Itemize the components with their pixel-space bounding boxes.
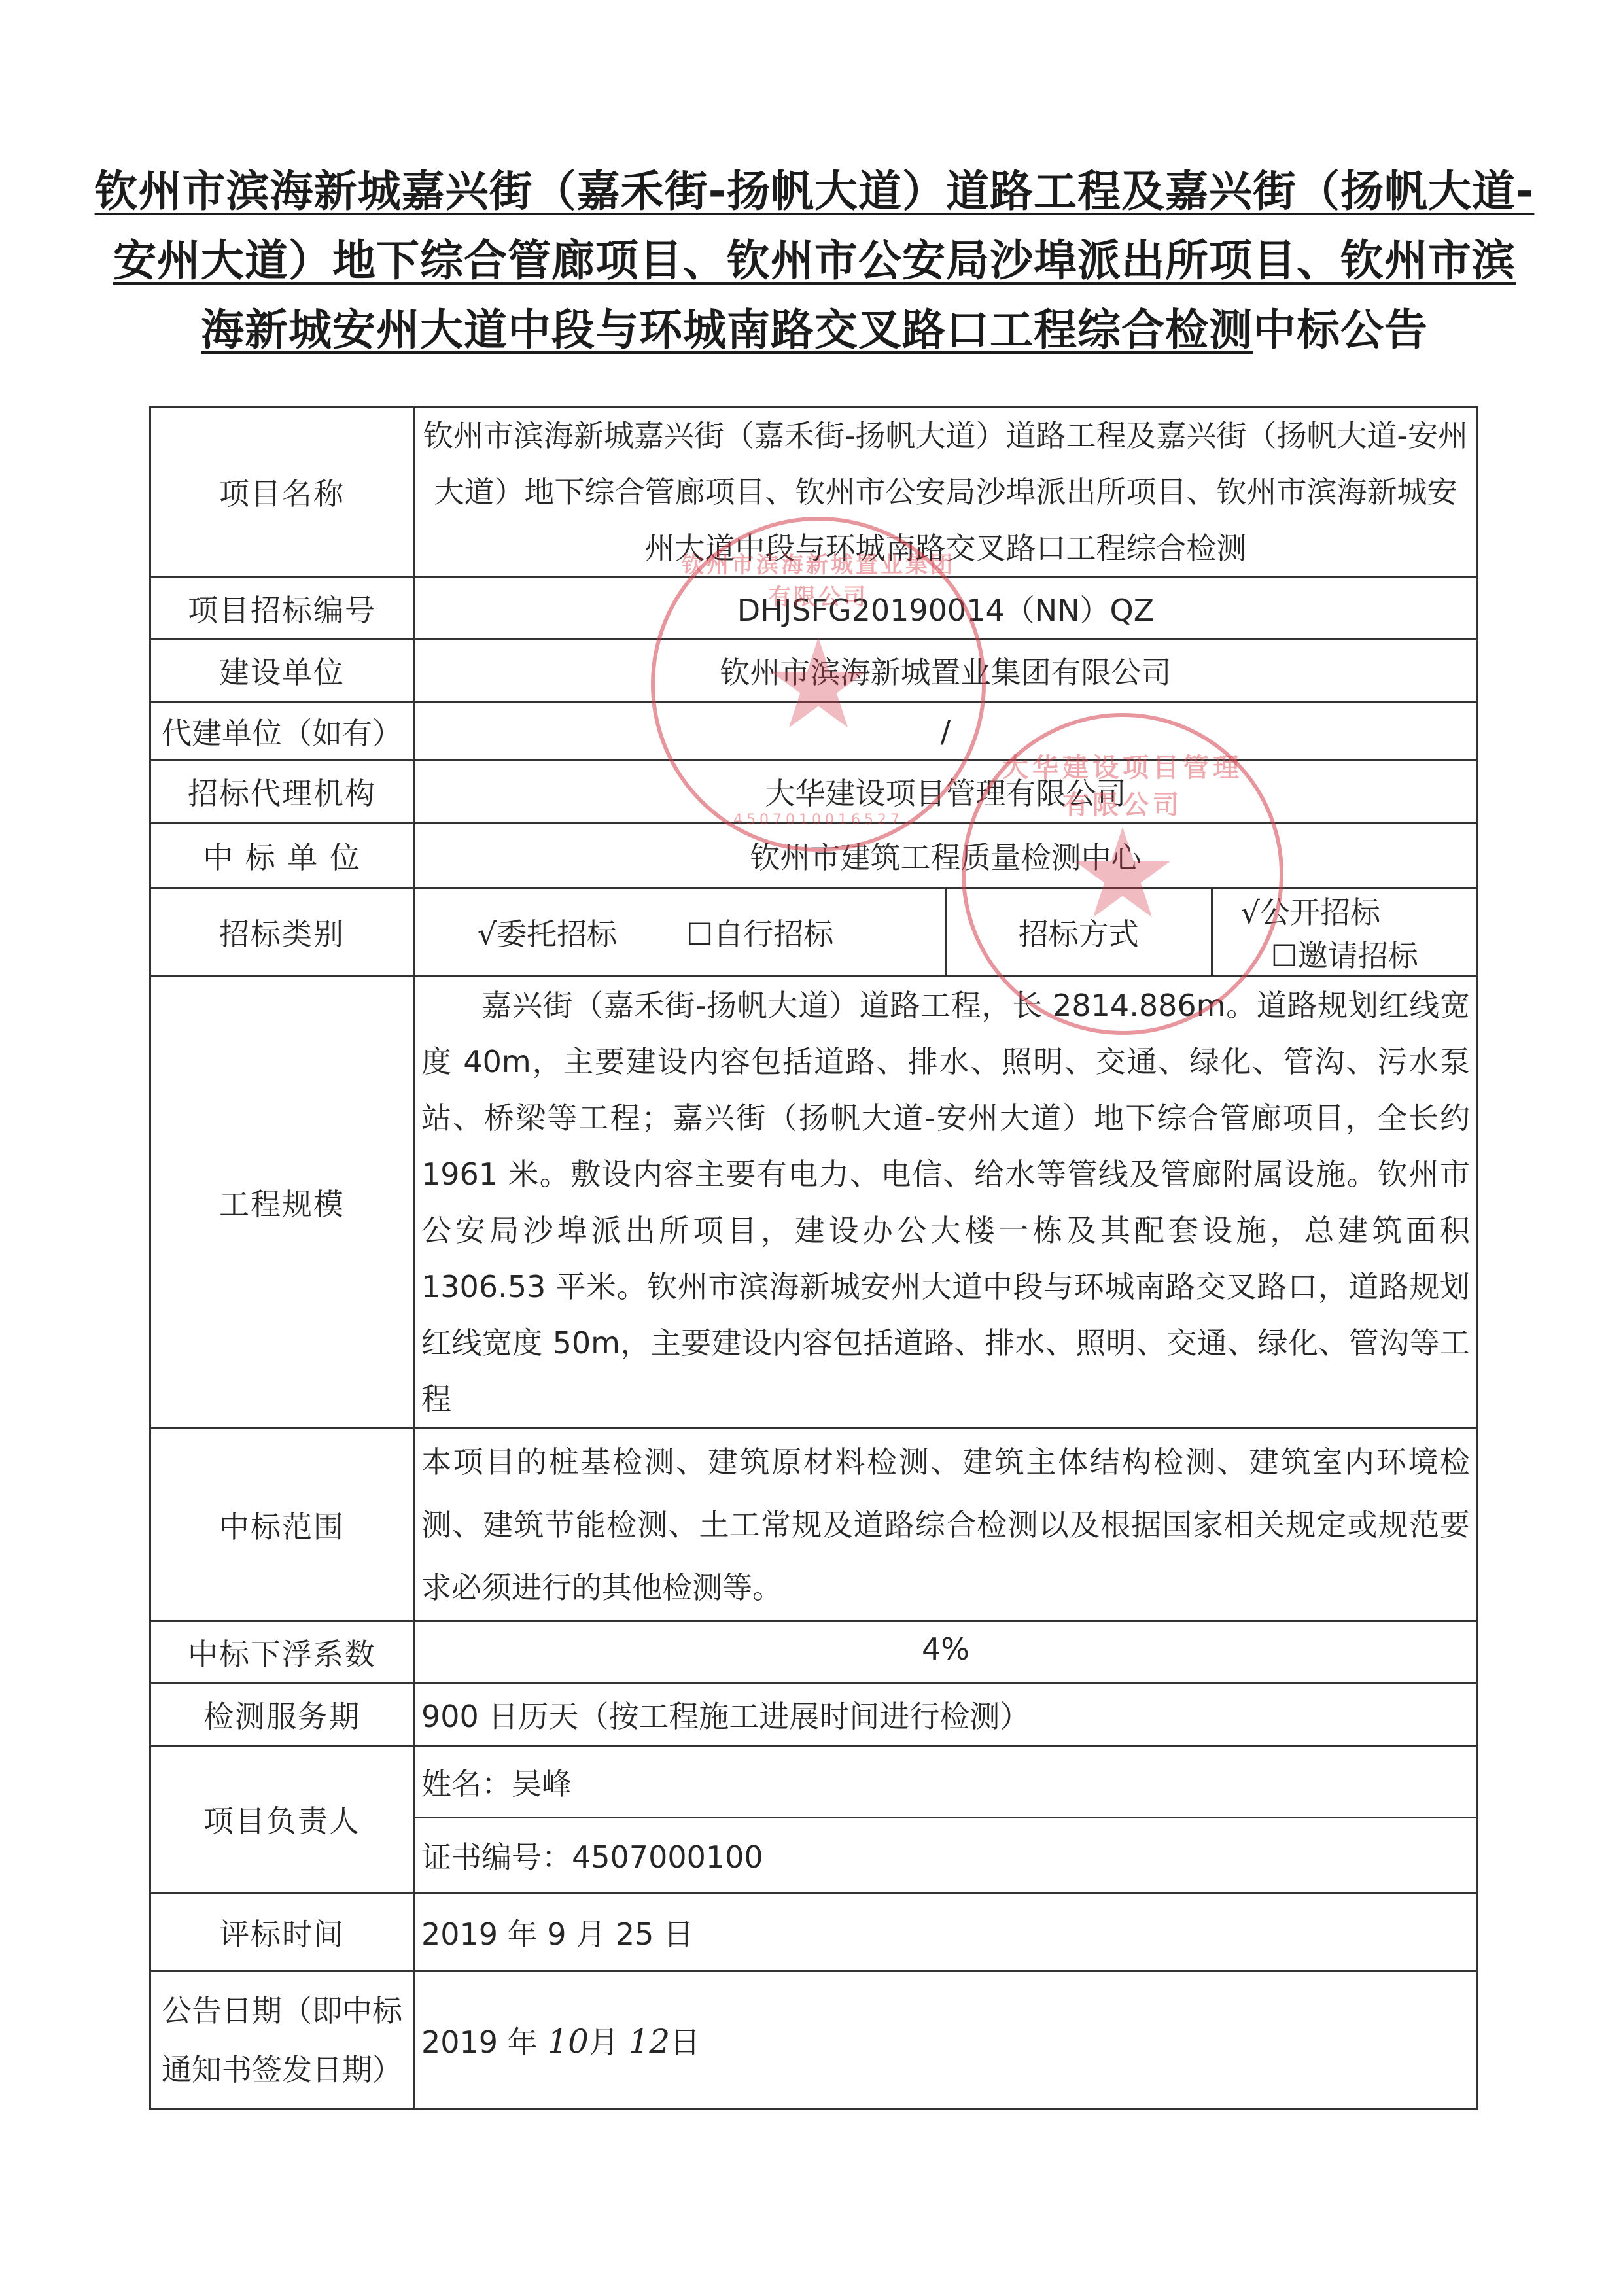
label-tender-method: 招标方式	[946, 888, 1212, 977]
value-agent-builder: /	[414, 702, 1478, 761]
tender-method-options: √公开招标 ☐邀请招标	[1212, 888, 1478, 977]
row-project-name: 项目名称 钦州市滨海新城嘉兴街（嘉禾街-扬帆大道）道路工程及嘉兴街（扬帆大道-安…	[150, 407, 1478, 578]
checkbox-invite: ☐邀请招标	[1271, 938, 1418, 973]
row-tender-agency: 招标代理机构 大华建设项目管理有限公司	[150, 761, 1478, 823]
value-notice-date: 2019 年 10月 12日	[414, 1972, 1478, 2109]
row-eval-date: 评标时间 2019 年 9 月 25 日	[150, 1893, 1478, 1972]
bid-result-table: 项目名称 钦州市滨海新城嘉兴街（嘉禾街-扬帆大道）道路工程及嘉兴街（扬帆大道-安…	[149, 406, 1478, 2110]
row-service-period: 检测服务期 900 日历天（按工程施工进展时间进行检测）	[150, 1684, 1478, 1746]
label-winner: 中 标 单 位	[150, 823, 414, 888]
value-project-name: 钦州市滨海新城嘉兴街（嘉禾街-扬帆大道）道路工程及嘉兴街（扬帆大道-安州大道）地…	[414, 407, 1478, 578]
row-discount: 中标下浮系数 4%	[150, 1622, 1478, 1684]
label-notice-date-line1: 公告日期（即中标	[158, 1981, 406, 2040]
label-scope: 中标范围	[150, 1429, 414, 1622]
notice-day-unit: 日	[670, 2025, 700, 2060]
label-notice-date: 公告日期（即中标 通知书签发日期）	[150, 1972, 414, 2109]
label-manager: 项目负责人	[150, 1746, 414, 1893]
value-discount: 4%	[414, 1622, 1478, 1684]
label-service-period: 检测服务期	[150, 1684, 414, 1746]
label-builder: 建设单位	[150, 640, 414, 702]
row-builder: 建设单位 钦州市滨海新城置业集团有限公司	[150, 640, 1478, 702]
document-title: 钦州市滨海新城嘉兴街（嘉禾街-扬帆大道）道路工程及嘉兴街（扬帆大道-安州大道）地…	[92, 157, 1537, 365]
label-project-name: 项目名称	[150, 407, 414, 578]
value-tender-agency: 大华建设项目管理有限公司	[414, 761, 1478, 823]
value-scale: 嘉兴街（嘉禾街-扬帆大道）道路工程，长 2814.886m。道路规划红线宽度 4…	[414, 977, 1478, 1429]
checkbox-open: √公开招标	[1241, 895, 1380, 930]
row-scale: 工程规模 嘉兴街（嘉禾街-扬帆大道）道路工程，长 2814.886m。道路规划红…	[150, 977, 1478, 1429]
row-tender-no: 项目招标编号 DHJSFG20190014（NN）QZ	[150, 578, 1478, 640]
title-suffix: 中标公告	[1253, 305, 1428, 355]
row-scope: 中标范围 本项目的桩基检测、建筑原材料检测、建筑主体结构检测、建筑室内环境检测、…	[150, 1429, 1478, 1622]
label-scale: 工程规模	[150, 977, 414, 1429]
value-scope: 本项目的桩基检测、建筑原材料检测、建筑主体结构检测、建筑室内环境检测、建筑节能检…	[414, 1429, 1478, 1622]
notice-month-handwritten: 10	[547, 2023, 589, 2061]
label-tender-type: 招标类别	[150, 888, 414, 977]
value-manager-cert: 证书编号：4507000100	[414, 1818, 1478, 1893]
label-agent-builder: 代建单位（如有）	[150, 702, 414, 761]
value-builder: 钦州市滨海新城置业集团有限公司	[414, 640, 1478, 702]
checkbox-self: ☐自行招标	[680, 888, 946, 977]
notice-month-unit: 月	[589, 2025, 619, 2060]
label-notice-date-line2: 通知书签发日期）	[158, 2040, 406, 2099]
label-eval-date: 评标时间	[150, 1893, 414, 1972]
value-service-period: 900 日历天（按工程施工进展时间进行检测）	[414, 1684, 1478, 1746]
row-tender-type: 招标类别 √委托招标 ☐自行招标 招标方式 √公开招标 ☐邀请招标	[150, 888, 1478, 977]
notice-day-handwritten: 12	[629, 2023, 671, 2061]
row-winner: 中 标 单 位 钦州市建筑工程质量检测中心	[150, 823, 1478, 888]
value-winner: 钦州市建筑工程质量检测中心	[414, 823, 1478, 888]
value-tender-no: DHJSFG20190014（NN）QZ	[414, 578, 1478, 640]
value-manager-name: 姓名：吴峰	[414, 1746, 1478, 1818]
notice-year: 2019 年	[421, 2025, 538, 2060]
row-notice-date: 公告日期（即中标 通知书签发日期） 2019 年 10月 12日	[150, 1972, 1478, 2109]
row-agent-builder: 代建单位（如有） /	[150, 702, 1478, 761]
checkbox-entrusted: √委托招标	[414, 888, 680, 977]
label-discount: 中标下浮系数	[150, 1622, 414, 1684]
label-tender-no: 项目招标编号	[150, 578, 414, 640]
row-manager-name: 项目负责人 姓名：吴峰	[150, 1746, 1478, 1818]
value-eval-date: 2019 年 9 月 25 日	[414, 1893, 1478, 1972]
label-tender-agency: 招标代理机构	[150, 761, 414, 823]
